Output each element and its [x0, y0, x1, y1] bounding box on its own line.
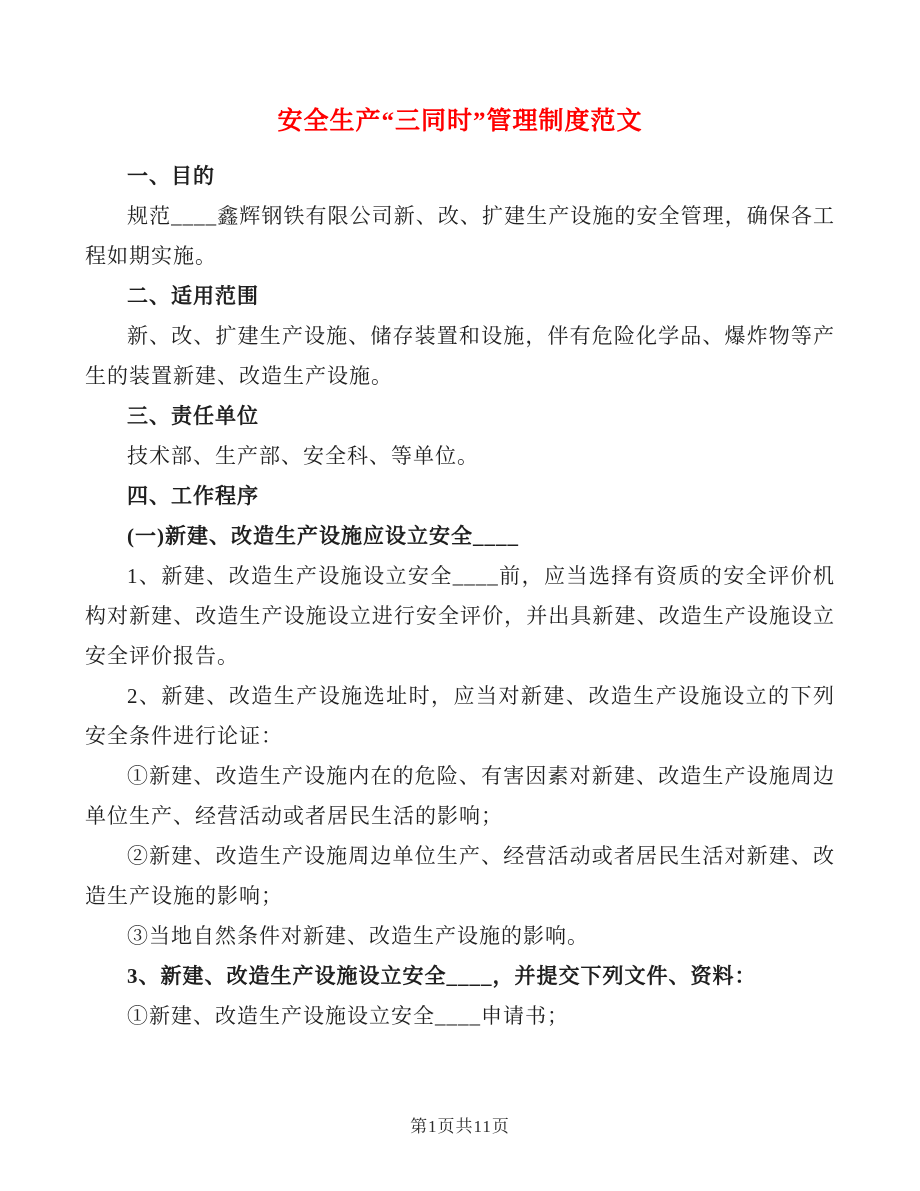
document-content: 安全生产“三同时”管理制度范文 一、目的 规范____鑫辉钢铁有限公司新、改、扩…: [0, 0, 920, 1036]
body-paragraph: 新、改、扩建生产设施、储存装置和设施，伴有危险化学品、爆炸物等产生的装置新建、改…: [85, 316, 835, 396]
section-heading-scope: 二、适用范围: [85, 276, 835, 316]
body-paragraph-list-circle-3: ③当地自然条件对新建、改造生产设施的影响。: [85, 916, 835, 956]
page-footer: 第1页共11页: [0, 1112, 920, 1137]
document-page: 安全生产“三同时”管理制度范文 一、目的 规范____鑫辉钢铁有限公司新、改、扩…: [0, 0, 920, 1191]
body-paragraph: 规范____鑫辉钢铁有限公司新、改、扩建生产设施的安全管理，确保各工程如期实施。: [85, 196, 835, 276]
section-heading-responsible: 三、责任单位: [85, 396, 835, 436]
section-heading-purpose: 一、目的: [85, 156, 835, 196]
document-title: 安全生产“三同时”管理制度范文: [85, 102, 835, 142]
body-paragraph-item-2: 2、新建、改造生产设施选址时，应当对新建、改造生产设施设立的下列安全条件进行论证…: [85, 676, 835, 756]
subsection-heading: (一)新建、改造生产设施应设立安全____: [85, 516, 835, 556]
item-heading-3: 3、新建、改造生产设施设立安全____，并提交下列文件、资料：: [85, 956, 835, 996]
body-paragraph: 技术部、生产部、安全科、等单位。: [85, 436, 835, 476]
body-paragraph-list-circle-1b: ①新建、改造生产设施设立安全____申请书；: [85, 996, 835, 1036]
body-paragraph-list-circle-1: ①新建、改造生产设施内在的危险、有害因素对新建、改造生产设施周边单位生产、经营活…: [85, 756, 835, 836]
section-heading-procedure: 四、工作程序: [85, 476, 835, 516]
body-paragraph-list-circle-2: ②新建、改造生产设施周边单位生产、经营活动或者居民生活对新建、改造生产设施的影响…: [85, 836, 835, 916]
page-number: 第1页共11页: [410, 1117, 510, 1136]
body-paragraph-item-1: 1、新建、改造生产设施设立安全____前，应当选择有资质的安全评价机构对新建、改…: [85, 556, 835, 676]
